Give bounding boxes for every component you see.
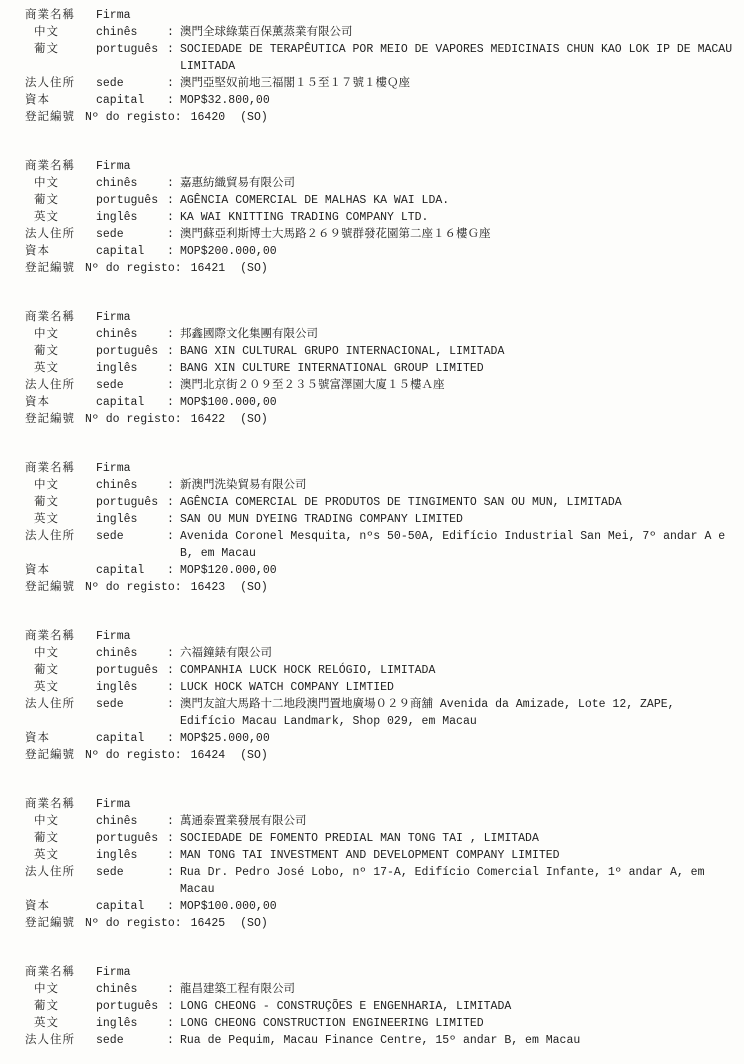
colon-separator: :: [167, 528, 180, 545]
field-label-pt: sede: [96, 226, 167, 243]
field-label-zh: 資本: [25, 394, 96, 411]
field-value: LUCK HOCK WATCH COMPANY LIMTIED: [180, 679, 736, 696]
colon-separator: :: [167, 981, 180, 998]
registry-mark: (SO): [240, 579, 268, 596]
field-value: MAN TONG TAI INVESTMENT AND DEVELOPMENT …: [180, 847, 736, 864]
field-row-seat: 法人住所sede:Avenida Coronel Mesquita, nºs 5…: [25, 528, 736, 562]
field-label-zh: 葡文: [25, 662, 96, 679]
field-row-chinese-name: 中文chinês:嘉惠紡織貿易有限公司: [25, 175, 736, 192]
field-label-pt: capital: [96, 92, 167, 109]
field-value-line: Avenida Coronel Mesquita, nºs 50-50A, Ed…: [180, 528, 736, 545]
field-value-line: AGÊNCIA COMERCIAL DE PRODUTOS DE TINGIME…: [180, 494, 736, 511]
colon-separator: :: [167, 92, 180, 109]
colon-separator: :: [167, 41, 180, 58]
colon-separator: :: [167, 24, 180, 41]
field-value-line: 澳門友誼大馬路十二地段澳門置地廣場０２９商舖 Avenida da Amizad…: [180, 696, 736, 713]
field-row-seat: 法人住所sede:澳門蘇亞利斯博士大馬路２６９號群發花園第二座１６樓Ｇ座: [25, 226, 736, 243]
field-value-line: BANG XIN CULTURAL GRUPO INTERNACIONAL, L…: [180, 343, 736, 360]
field-row-seat: 法人住所sede:澳門亞堅奴前地三福閣１５至１７號１樓Ｑ座: [25, 75, 736, 92]
field-row-registry: 登記編號Nº do registo:16424(SO): [25, 747, 736, 764]
field-label-pt: Firma: [96, 7, 167, 24]
field-label-pt: Nº do registo:: [85, 260, 182, 277]
field-row-firm: 商業名稱Firma: [25, 460, 736, 477]
field-row-english-name: 英文inglês:KA WAI KNITTING TRADING COMPANY…: [25, 209, 736, 226]
field-label-zh: 登記編號: [25, 411, 85, 428]
registry-mark: (SO): [240, 411, 268, 428]
field-value-line: SOCIEDADE DE FOMENTO PREDIAL MAN TONG TA…: [180, 830, 736, 847]
field-value: BANG XIN CULTURE INTERNATIONAL GROUP LIM…: [180, 360, 736, 377]
field-label-zh: 英文: [25, 360, 96, 377]
registry-number: 16425: [191, 915, 226, 932]
field-value-line: MOP$100.000,00: [180, 394, 736, 411]
field-label-pt: inglês: [96, 1015, 167, 1032]
field-label-zh: 中文: [25, 477, 96, 494]
field-label-pt: português: [96, 41, 167, 58]
colon-separator: :: [167, 562, 180, 579]
field-value-line: KA WAI KNITTING TRADING COMPANY LTD.: [180, 209, 736, 226]
field-value: BANG XIN CULTURAL GRUPO INTERNACIONAL, L…: [180, 343, 736, 360]
registry-number: 16421: [191, 260, 226, 277]
registry-number: 16420: [191, 109, 226, 126]
field-row-english-name: 英文inglês:SAN OU MUN DYEING TRADING COMPA…: [25, 511, 736, 528]
field-value-line: MOP$120.000,00: [180, 562, 736, 579]
company-registration-entry: 商業名稱Firma中文chinês:邦鑫國際文化集團有限公司葡文portuguê…: [25, 309, 736, 428]
field-value: MOP$100.000,00: [180, 394, 736, 411]
field-label-pt: capital: [96, 562, 167, 579]
field-label-pt: português: [96, 343, 167, 360]
field-value: AGÊNCIA COMERCIAL DE PRODUTOS DE TINGIME…: [180, 494, 736, 511]
field-label-pt: Nº do registo:: [85, 109, 182, 126]
field-row-registry: 登記編號Nº do registo:16422(SO): [25, 411, 736, 428]
registry-gazette-page: 商業名稱Firma中文chinês:澳門全球綠葉百保薰蒸業有限公司葡文portu…: [0, 0, 744, 1064]
colon-separator: :: [167, 696, 180, 713]
field-row-capital: 資本capital:MOP$100.000,00: [25, 394, 736, 411]
colon-separator: :: [167, 243, 180, 260]
field-value-line: LONG CHEONG CONSTRUCTION ENGINEERING LIM…: [180, 1015, 736, 1032]
field-label-zh: 商業名稱: [25, 7, 96, 24]
field-label-pt: inglês: [96, 360, 167, 377]
field-label-zh: 登記編號: [25, 260, 85, 277]
field-label-zh: 英文: [25, 679, 96, 696]
company-registration-entry: 商業名稱Firma中文chinês:澳門全球綠葉百保薰蒸業有限公司葡文portu…: [25, 7, 736, 126]
colon-separator: :: [167, 813, 180, 830]
registry-number: 16422: [191, 411, 226, 428]
field-label-zh: 中文: [25, 645, 96, 662]
field-value: 澳門亞堅奴前地三福閣１５至１７號１樓Ｑ座: [180, 75, 736, 92]
colon-separator: :: [167, 847, 180, 864]
field-value: MOP$25.000,00: [180, 730, 736, 747]
field-row-firm: 商業名稱Firma: [25, 7, 736, 24]
field-label-pt: capital: [96, 243, 167, 260]
field-label-zh: 法人住所: [25, 528, 96, 545]
field-row-capital: 資本capital:MOP$32.800,00: [25, 92, 736, 109]
field-row-seat: 法人住所sede:澳門友誼大馬路十二地段澳門置地廣場０２９商舖 Avenida …: [25, 696, 736, 730]
colon-separator: :: [167, 898, 180, 915]
field-value: MOP$100.000,00: [180, 898, 736, 915]
field-value: Rua Dr. Pedro José Lobo, nº 17-A, Edifíc…: [180, 864, 736, 898]
field-row-seat: 法人住所sede:Rua Dr. Pedro José Lobo, nº 17-…: [25, 864, 736, 898]
field-label-zh: 商業名稱: [25, 796, 96, 813]
field-label-zh: 中文: [25, 175, 96, 192]
field-label-pt: sede: [96, 528, 167, 545]
field-value-line: 邦鑫國際文化集團有限公司: [180, 326, 736, 343]
field-row-portuguese-name: 葡文português:BANG XIN CULTURAL GRUPO INTE…: [25, 343, 736, 360]
field-value: SOCIEDADE DE TERAPÊUTICA POR MEIO DE VAP…: [180, 41, 736, 75]
company-registration-entry: 商業名稱Firma中文chinês:新澳門洗染貿易有限公司葡文português…: [25, 460, 736, 596]
field-row-capital: 資本capital:MOP$100.000,00: [25, 898, 736, 915]
field-label-pt: Nº do registo:: [85, 915, 182, 932]
field-value-line: LIMITADA: [180, 58, 736, 75]
field-label-pt: chinês: [96, 326, 167, 343]
field-value: KA WAI KNITTING TRADING COMPANY LTD.: [180, 209, 736, 226]
field-label-pt: capital: [96, 898, 167, 915]
field-value: Rua de Pequim, Macau Finance Centre, 15º…: [180, 1032, 736, 1049]
field-value-line: SAN OU MUN DYEING TRADING COMPANY LIMITE…: [180, 511, 736, 528]
field-row-firm: 商業名稱Firma: [25, 309, 736, 326]
field-value: 澳門全球綠葉百保薰蒸業有限公司: [180, 24, 736, 41]
colon-separator: :: [167, 998, 180, 1015]
field-label-zh: 法人住所: [25, 1032, 96, 1049]
field-label-pt: chinês: [96, 813, 167, 830]
field-label-pt: Firma: [96, 460, 167, 477]
field-value-line: 澳門蘇亞利斯博士大馬路２６９號群發花園第二座１６樓Ｇ座: [180, 226, 736, 243]
field-value: COMPANHIA LUCK HOCK RELÓGIO, LIMITADA: [180, 662, 736, 679]
field-row-portuguese-name: 葡文português:COMPANHIA LUCK HOCK RELÓGIO,…: [25, 662, 736, 679]
field-value-line: SOCIEDADE DE TERAPÊUTICA POR MEIO DE VAP…: [180, 41, 736, 58]
field-label-pt: português: [96, 998, 167, 1015]
registry-number: 16424: [191, 747, 226, 764]
field-label-zh: 英文: [25, 209, 96, 226]
colon-separator: :: [167, 864, 180, 881]
field-value-line: 龍昌建築工程有限公司: [180, 981, 736, 998]
field-label-zh: 法人住所: [25, 226, 96, 243]
field-row-english-name: 英文inglês:LUCK HOCK WATCH COMPANY LIMTIED: [25, 679, 736, 696]
colon-separator: :: [167, 75, 180, 92]
registry-mark: (SO): [240, 915, 268, 932]
field-row-firm: 商業名稱Firma: [25, 628, 736, 645]
registry-mark: (SO): [240, 747, 268, 764]
field-label-pt: chinês: [96, 24, 167, 41]
field-label-pt: sede: [96, 377, 167, 394]
field-row-portuguese-name: 葡文português:SOCIEDADE DE TERAPÊUTICA POR…: [25, 41, 736, 75]
field-row-portuguese-name: 葡文português:AGÊNCIA COMERCIAL DE MALHAS …: [25, 192, 736, 209]
field-value: Avenida Coronel Mesquita, nºs 50-50A, Ed…: [180, 528, 736, 562]
colon-separator: :: [167, 1032, 180, 1049]
field-label-zh: 資本: [25, 243, 96, 260]
field-value: SAN OU MUN DYEING TRADING COMPANY LIMITE…: [180, 511, 736, 528]
field-label-zh: 登記編號: [25, 579, 85, 596]
field-value: LONG CHEONG CONSTRUCTION ENGINEERING LIM…: [180, 1015, 736, 1032]
field-value: AGÊNCIA COMERCIAL DE MALHAS KA WAI LDA.: [180, 192, 736, 209]
field-label-zh: 登記編號: [25, 915, 85, 932]
field-value: 萬通泰置業發展有限公司: [180, 813, 736, 830]
field-value-line: 新澳門洗染貿易有限公司: [180, 477, 736, 494]
colon-separator: :: [167, 394, 180, 411]
field-label-pt: capital: [96, 394, 167, 411]
field-label-pt: sede: [96, 75, 167, 92]
field-value: 新澳門洗染貿易有限公司: [180, 477, 736, 494]
field-label-zh: 葡文: [25, 494, 96, 511]
field-label-pt: inglês: [96, 679, 167, 696]
field-label-pt: português: [96, 662, 167, 679]
field-label-zh: 中文: [25, 813, 96, 830]
field-label-zh: 商業名稱: [25, 460, 96, 477]
colon-separator: :: [167, 377, 180, 394]
field-value-line: Rua de Pequim, Macau Finance Centre, 15º…: [180, 1032, 736, 1049]
field-row-english-name: 英文inglês:LONG CHEONG CONSTRUCTION ENGINE…: [25, 1015, 736, 1032]
field-label-pt: Firma: [96, 158, 167, 175]
field-label-pt: chinês: [96, 477, 167, 494]
colon-separator: :: [167, 679, 180, 696]
field-row-english-name: 英文inglês:BANG XIN CULTURE INTERNATIONAL …: [25, 360, 736, 377]
field-label-zh: 資本: [25, 730, 96, 747]
field-value-line: LUCK HOCK WATCH COMPANY LIMTIED: [180, 679, 736, 696]
field-label-zh: 中文: [25, 981, 96, 998]
field-label-pt: português: [96, 494, 167, 511]
field-row-firm: 商業名稱Firma: [25, 796, 736, 813]
field-row-registry: 登記編號Nº do registo:16420(SO): [25, 109, 736, 126]
field-row-chinese-name: 中文chinês:萬通泰置業發展有限公司: [25, 813, 736, 830]
colon-separator: :: [167, 209, 180, 226]
field-value: 澳門友誼大馬路十二地段澳門置地廣場０２９商舖 Avenida da Amizad…: [180, 696, 736, 730]
field-label-zh: 法人住所: [25, 377, 96, 394]
field-value-line: MAN TONG TAI INVESTMENT AND DEVELOPMENT …: [180, 847, 736, 864]
field-label-pt: inglês: [96, 511, 167, 528]
field-row-english-name: 英文inglês:MAN TONG TAI INVESTMENT AND DEV…: [25, 847, 736, 864]
colon-separator: :: [167, 645, 180, 662]
field-value-line: 六福鐘錶有限公司: [180, 645, 736, 662]
field-value-line: Macau: [180, 881, 736, 898]
field-value-line: 澳門全球綠葉百保薰蒸業有限公司: [180, 24, 736, 41]
field-label-pt: Firma: [96, 796, 167, 813]
colon-separator: :: [167, 662, 180, 679]
field-row-chinese-name: 中文chinês:新澳門洗染貿易有限公司: [25, 477, 736, 494]
field-label-pt: capital: [96, 730, 167, 747]
field-value: 邦鑫國際文化集團有限公司: [180, 326, 736, 343]
field-value-line: 萬通泰置業發展有限公司: [180, 813, 736, 830]
field-label-pt: Nº do registo:: [85, 411, 182, 428]
field-label-pt: inglês: [96, 847, 167, 864]
colon-separator: :: [167, 226, 180, 243]
field-label-zh: 法人住所: [25, 75, 96, 92]
field-value: 龍昌建築工程有限公司: [180, 981, 736, 998]
field-value-line: COMPANHIA LUCK HOCK RELÓGIO, LIMITADA: [180, 662, 736, 679]
field-label-pt: sede: [96, 1032, 167, 1049]
field-value-line: MOP$200.000,00: [180, 243, 736, 260]
field-row-seat: 法人住所sede:澳門北京街２０９至２３５號富澤園大廈１５樓Ａ座: [25, 377, 736, 394]
field-label-pt: sede: [96, 864, 167, 881]
field-row-firm: 商業名稱Firma: [25, 158, 736, 175]
colon-separator: :: [167, 511, 180, 528]
field-label-zh: 英文: [25, 847, 96, 864]
field-label-zh: 商業名稱: [25, 964, 96, 981]
field-value: 嘉惠紡織貿易有限公司: [180, 175, 736, 192]
field-label-pt: chinês: [96, 981, 167, 998]
field-label-pt: português: [96, 192, 167, 209]
field-value-line: AGÊNCIA COMERCIAL DE MALHAS KA WAI LDA.: [180, 192, 736, 209]
field-label-zh: 法人住所: [25, 864, 96, 881]
field-label-pt: Firma: [96, 309, 167, 326]
field-value: LONG CHEONG - CONSTRUÇÕES E ENGENHARIA, …: [180, 998, 736, 1015]
field-label-zh: 資本: [25, 898, 96, 915]
field-value: MOP$200.000,00: [180, 243, 736, 260]
colon-separator: :: [167, 1015, 180, 1032]
field-label-pt: Nº do registo:: [85, 579, 182, 596]
field-label-zh: 葡文: [25, 830, 96, 847]
field-label-zh: 法人住所: [25, 696, 96, 713]
field-label-zh: 登記編號: [25, 747, 85, 764]
field-row-chinese-name: 中文chinês:龍昌建築工程有限公司: [25, 981, 736, 998]
field-row-portuguese-name: 葡文português:LONG CHEONG - CONSTRUÇÕES E …: [25, 998, 736, 1015]
field-label-pt: Nº do registo:: [85, 747, 182, 764]
company-registration-entry: 商業名稱Firma中文chinês:萬通泰置業發展有限公司葡文português…: [25, 796, 736, 932]
field-label-zh: 英文: [25, 511, 96, 528]
field-row-registry: 登記編號Nº do registo:16423(SO): [25, 579, 736, 596]
field-value-line: 嘉惠紡織貿易有限公司: [180, 175, 736, 192]
field-row-registry: 登記編號Nº do registo:16425(SO): [25, 915, 736, 932]
field-label-pt: inglês: [96, 209, 167, 226]
field-label-zh: 葡文: [25, 192, 96, 209]
colon-separator: :: [167, 343, 180, 360]
colon-separator: :: [167, 175, 180, 192]
field-value-line: BANG XIN CULTURE INTERNATIONAL GROUP LIM…: [180, 360, 736, 377]
field-row-portuguese-name: 葡文português:AGÊNCIA COMERCIAL DE PRODUTO…: [25, 494, 736, 511]
field-value: MOP$32.800,00: [180, 92, 736, 109]
field-label-pt: sede: [96, 696, 167, 713]
field-row-chinese-name: 中文chinês:邦鑫國際文化集團有限公司: [25, 326, 736, 343]
field-value-line: Rua Dr. Pedro José Lobo, nº 17-A, Edifíc…: [180, 864, 736, 881]
field-label-pt: Firma: [96, 628, 167, 645]
field-label-zh: 葡文: [25, 343, 96, 360]
field-value-line: 澳門亞堅奴前地三福閣１５至１７號１樓Ｑ座: [180, 75, 736, 92]
field-label-pt: Firma: [96, 964, 167, 981]
field-label-zh: 商業名稱: [25, 628, 96, 645]
colon-separator: :: [167, 477, 180, 494]
field-row-firm: 商業名稱Firma: [25, 964, 736, 981]
field-value: 六福鐘錶有限公司: [180, 645, 736, 662]
colon-separator: :: [167, 360, 180, 377]
field-row-capital: 資本capital:MOP$200.000,00: [25, 243, 736, 260]
registry-mark: (SO): [240, 109, 268, 126]
field-label-pt: português: [96, 830, 167, 847]
colon-separator: :: [167, 730, 180, 747]
field-row-portuguese-name: 葡文português:SOCIEDADE DE FOMENTO PREDIAL…: [25, 830, 736, 847]
registry-mark: (SO): [240, 260, 268, 277]
colon-separator: :: [167, 326, 180, 343]
colon-separator: :: [167, 830, 180, 847]
field-value: 澳門北京街２０９至２３５號富澤園大廈１５樓Ａ座: [180, 377, 736, 394]
field-value-line: 澳門北京街２０９至２３５號富澤園大廈１５樓Ａ座: [180, 377, 736, 394]
field-label-zh: 英文: [25, 1015, 96, 1032]
field-row-chinese-name: 中文chinês:澳門全球綠葉百保薰蒸業有限公司: [25, 24, 736, 41]
field-value-line: B, em Macau: [180, 545, 736, 562]
field-label-zh: 中文: [25, 326, 96, 343]
field-value: SOCIEDADE DE FOMENTO PREDIAL MAN TONG TA…: [180, 830, 736, 847]
field-label-zh: 商業名稱: [25, 158, 96, 175]
field-label-zh: 商業名稱: [25, 309, 96, 326]
field-value-line: MOP$100.000,00: [180, 898, 736, 915]
colon-separator: :: [167, 192, 180, 209]
field-label-zh: 資本: [25, 562, 96, 579]
field-label-zh: 葡文: [25, 41, 96, 58]
field-value-line: MOP$32.800,00: [180, 92, 736, 109]
field-label-zh: 資本: [25, 92, 96, 109]
field-label-zh: 葡文: [25, 998, 96, 1015]
registry-number: 16423: [191, 579, 226, 596]
field-row-capital: 資本capital:MOP$25.000,00: [25, 730, 736, 747]
field-value: MOP$120.000,00: [180, 562, 736, 579]
field-row-seat: 法人住所sede:Rua de Pequim, Macau Finance Ce…: [25, 1032, 736, 1049]
field-value: 澳門蘇亞利斯博士大馬路２６９號群發花園第二座１６樓Ｇ座: [180, 226, 736, 243]
field-label-zh: 登記編號: [25, 109, 85, 126]
company-registration-entry: 商業名稱Firma中文chinês:嘉惠紡織貿易有限公司葡文português:…: [25, 158, 736, 277]
field-value-line: MOP$25.000,00: [180, 730, 736, 747]
field-label-zh: 中文: [25, 24, 96, 41]
company-registration-entry: 商業名稱Firma中文chinês:龍昌建築工程有限公司葡文português:…: [25, 964, 736, 1049]
field-row-chinese-name: 中文chinês:六福鐘錶有限公司: [25, 645, 736, 662]
colon-separator: :: [167, 494, 180, 511]
field-label-pt: chinês: [96, 645, 167, 662]
field-label-pt: chinês: [96, 175, 167, 192]
field-value-line: LONG CHEONG - CONSTRUÇÕES E ENGENHARIA, …: [180, 998, 736, 1015]
company-registration-entry: 商業名稱Firma中文chinês:六福鐘錶有限公司葡文português:CO…: [25, 628, 736, 764]
field-row-capital: 資本capital:MOP$120.000,00: [25, 562, 736, 579]
field-row-registry: 登記編號Nº do registo:16421(SO): [25, 260, 736, 277]
field-value-line: Edifício Macau Landmark, Shop 029, em Ma…: [180, 713, 736, 730]
